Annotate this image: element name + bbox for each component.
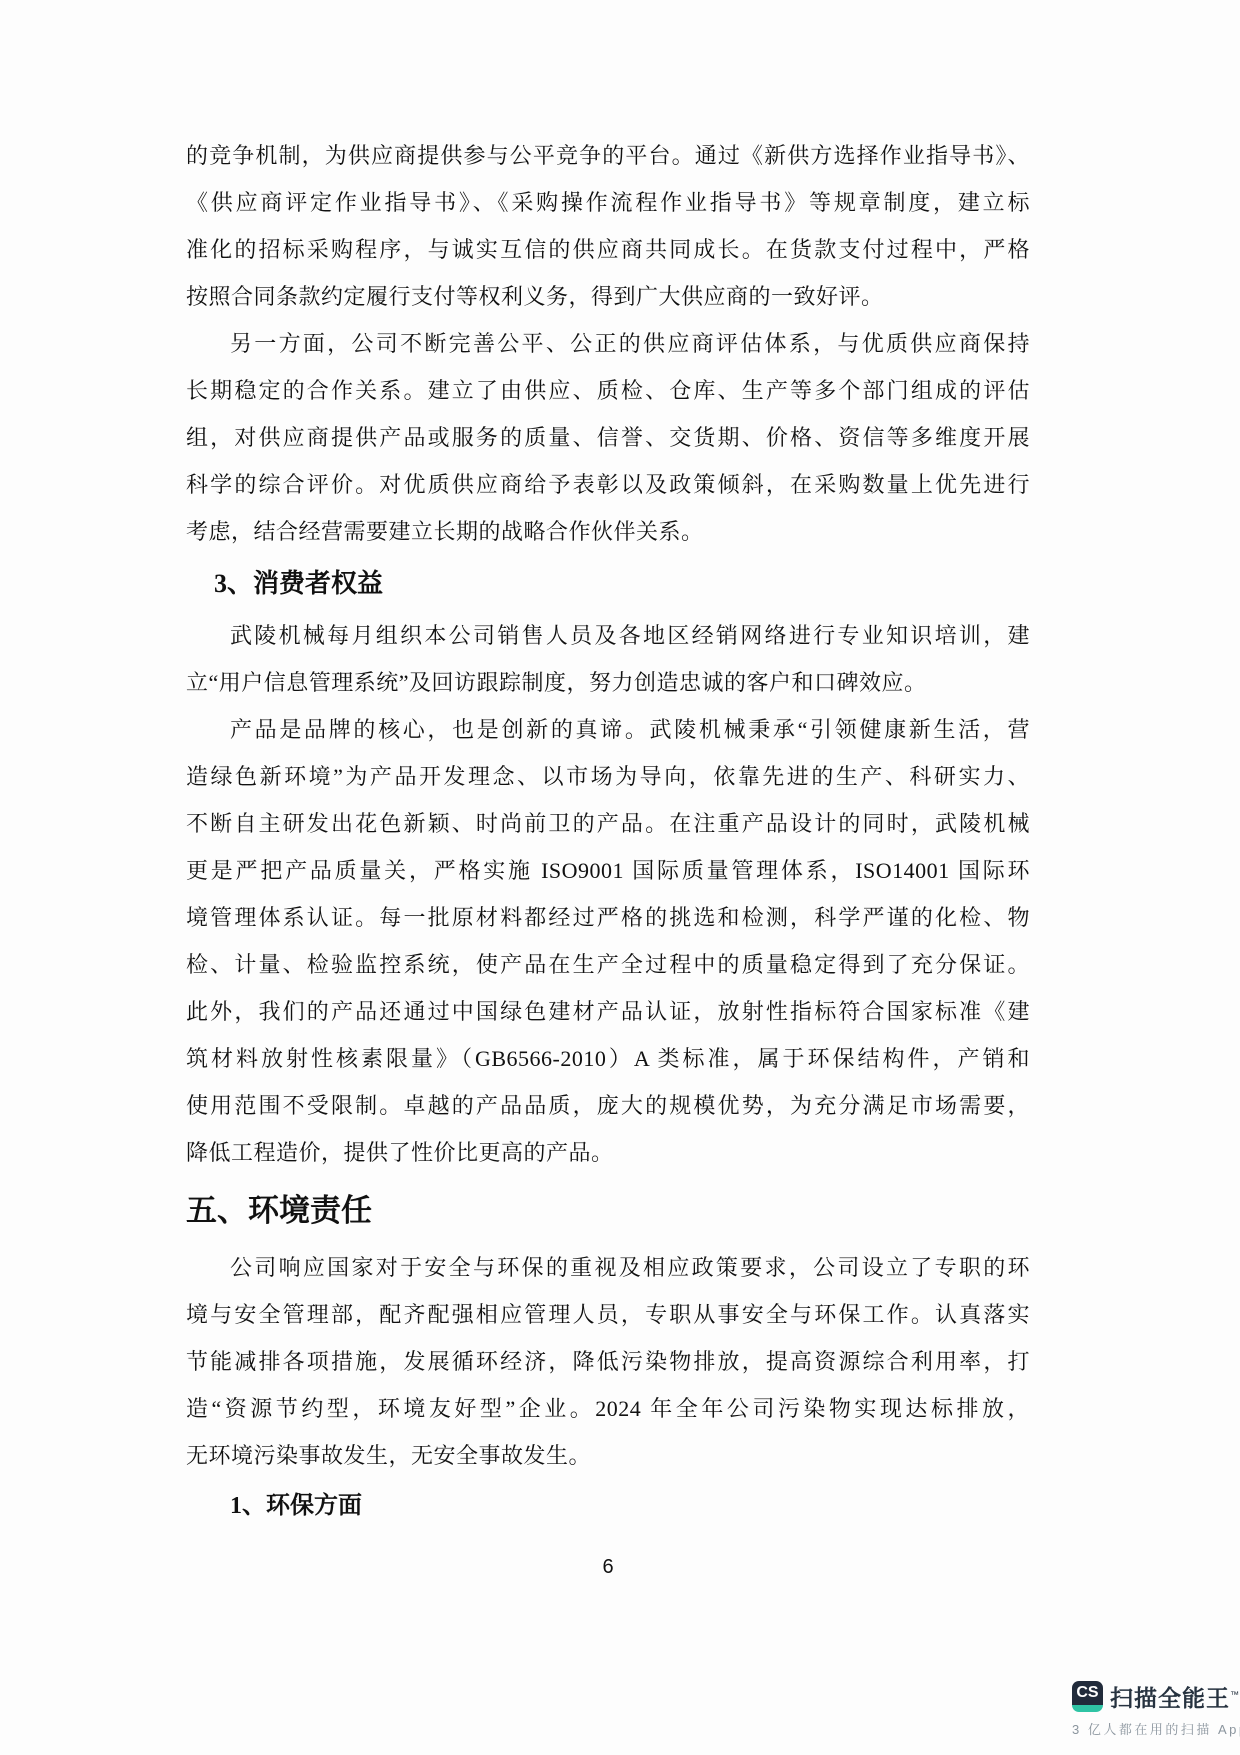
page-body-text: 的竞争机制，为供应商提供参与公平竞争的平台。通过《新供方选择作业指导书》、 《供… [186, 132, 1030, 1591]
camscanner-logo-accent-strip [1072, 1705, 1103, 1712]
paragraph-line: 公司响应国家对于安全与环保的重视及相应政策要求，公司设立了专职的环 [186, 1244, 1030, 1291]
paragraph-line: 无环境污染事故发生，无安全事故发生。 [186, 1432, 1030, 1479]
paragraph-line: 组，对供应商提供产品或服务的质量、信誉、交货期、价格、资信等多维度开展 [186, 414, 1030, 461]
scanned-document-page: 的竞争机制，为供应商提供参与公平竞争的平台。通过《新供方选择作业指导书》、 《供… [0, 0, 1240, 1755]
camscanner-tagline: 3 亿人都在用的扫描 App [1072, 1719, 1240, 1738]
paragraph-line: 节能减排各项措施，发展循环经济，降低污染物排放，提高资源综合利用率，打 [186, 1338, 1030, 1385]
paragraph-line: 检、计量、检验监控系统，使产品在生产全过程中的质量稳定得到了充分保证。 [186, 941, 1030, 988]
paragraph-line: 准化的招标采购程序，与诚实互信的供应商共同成长。在货款支付过程中，严格 [186, 226, 1030, 273]
trademark-symbol: ™ [1230, 1689, 1240, 1699]
paragraph-line: 按照合同条款约定履行支付等权利义务，得到广大供应商的一致好评。 [186, 273, 1030, 320]
paragraph-line: 《供应商评定作业指导书》、《采购操作流程作业指导书》等规章制度，建立标 [186, 179, 1030, 226]
chapter-heading-environmental-responsibility: 五、环境责任 [186, 1186, 1030, 1236]
paragraph-line: 立“用户信息管理系统”及回访跟踪制度，努力创造忠诚的客户和口碑效应。 [186, 659, 1030, 706]
paragraph-line: 武陵机械每月组织本公司销售人员及各地区经销网络进行专业知识培训，建 [186, 612, 1030, 659]
camscanner-logo-icon: CS [1072, 1681, 1103, 1712]
paragraph-line: 科学的综合评价。对优质供应商给予表彰以及政策倾斜，在采购数量上优先进行 [186, 461, 1030, 508]
paragraph-line: 长期稳定的合作关系。建立了由供应、质检、仓库、生产等多个部门组成的评估 [186, 367, 1030, 414]
paragraph-line: 境管理体系认证。每一批原材料都经过严格的挑选和检测，科学严谨的化检、物 [186, 894, 1030, 941]
camscanner-watermark: CS 扫描全能王™ 3 亿人都在用的扫描 App [1072, 1680, 1240, 1738]
paragraph-line: 的竞争机制，为供应商提供参与公平竞争的平台。通过《新供方选择作业指导书》、 [186, 132, 1030, 179]
paragraph-line: 境与安全管理部，配齐配强相应管理人员，专职从事安全与环保工作。认真落实 [186, 1291, 1030, 1338]
paragraph-line: 不断自主研发出花色新颖、时尚前卫的产品。在注重产品设计的同时，武陵机械 [186, 800, 1030, 847]
paragraph-line: 使用范围不受限制。卓越的产品品质，庞大的规模优势，为充分满足市场需要， [186, 1082, 1030, 1129]
paragraph-line: 另一方面，公司不断完善公平、公正的供应商评估体系，与优质供应商保持 [186, 320, 1030, 367]
paragraph-line: 筑材料放射性核素限量》（GB6566-2010）A 类标准，属于环保结构件，产销… [186, 1035, 1030, 1082]
paragraph-line: 造绿色新环境”为产品开发理念、以市场为导向，依靠先进的生产、科研实力、 [186, 753, 1030, 800]
camscanner-logo-letters: CS [1072, 1681, 1103, 1705]
paragraph-line: 考虑，结合经营需要建立长期的战略合作伙伴关系。 [186, 508, 1030, 555]
brand-text: 扫描全能王 [1110, 1685, 1230, 1711]
camscanner-logo-row: CS 扫描全能王™ [1072, 1680, 1240, 1713]
camscanner-brand-name: 扫描全能王™ [1110, 1680, 1240, 1713]
section-heading-environmental-aspect: 1、环保方面 [186, 1483, 1030, 1530]
paragraph-line: 产品是品牌的核心，也是创新的真谛。武陵机械秉承“引领健康新生活，营 [186, 706, 1030, 753]
paragraph-line: 此外，我们的产品还通过中国绿色建材产品认证，放射性指标符合国家标准《建 [186, 988, 1030, 1035]
paragraph-line: 造“资源节约型，环境友好型”企业。2024 年全年公司污染物实现达标排放， [186, 1385, 1030, 1432]
page-number: 6 [186, 1544, 1030, 1591]
section-heading-consumer-rights: 3、消费者权益 [186, 555, 1030, 612]
paragraph-line: 降低工程造价，提供了性价比更高的产品。 [186, 1129, 1030, 1176]
paragraph-line: 更是严把产品质量关，严格实施 ISO9001 国际质量管理体系，ISO14001… [186, 847, 1030, 894]
